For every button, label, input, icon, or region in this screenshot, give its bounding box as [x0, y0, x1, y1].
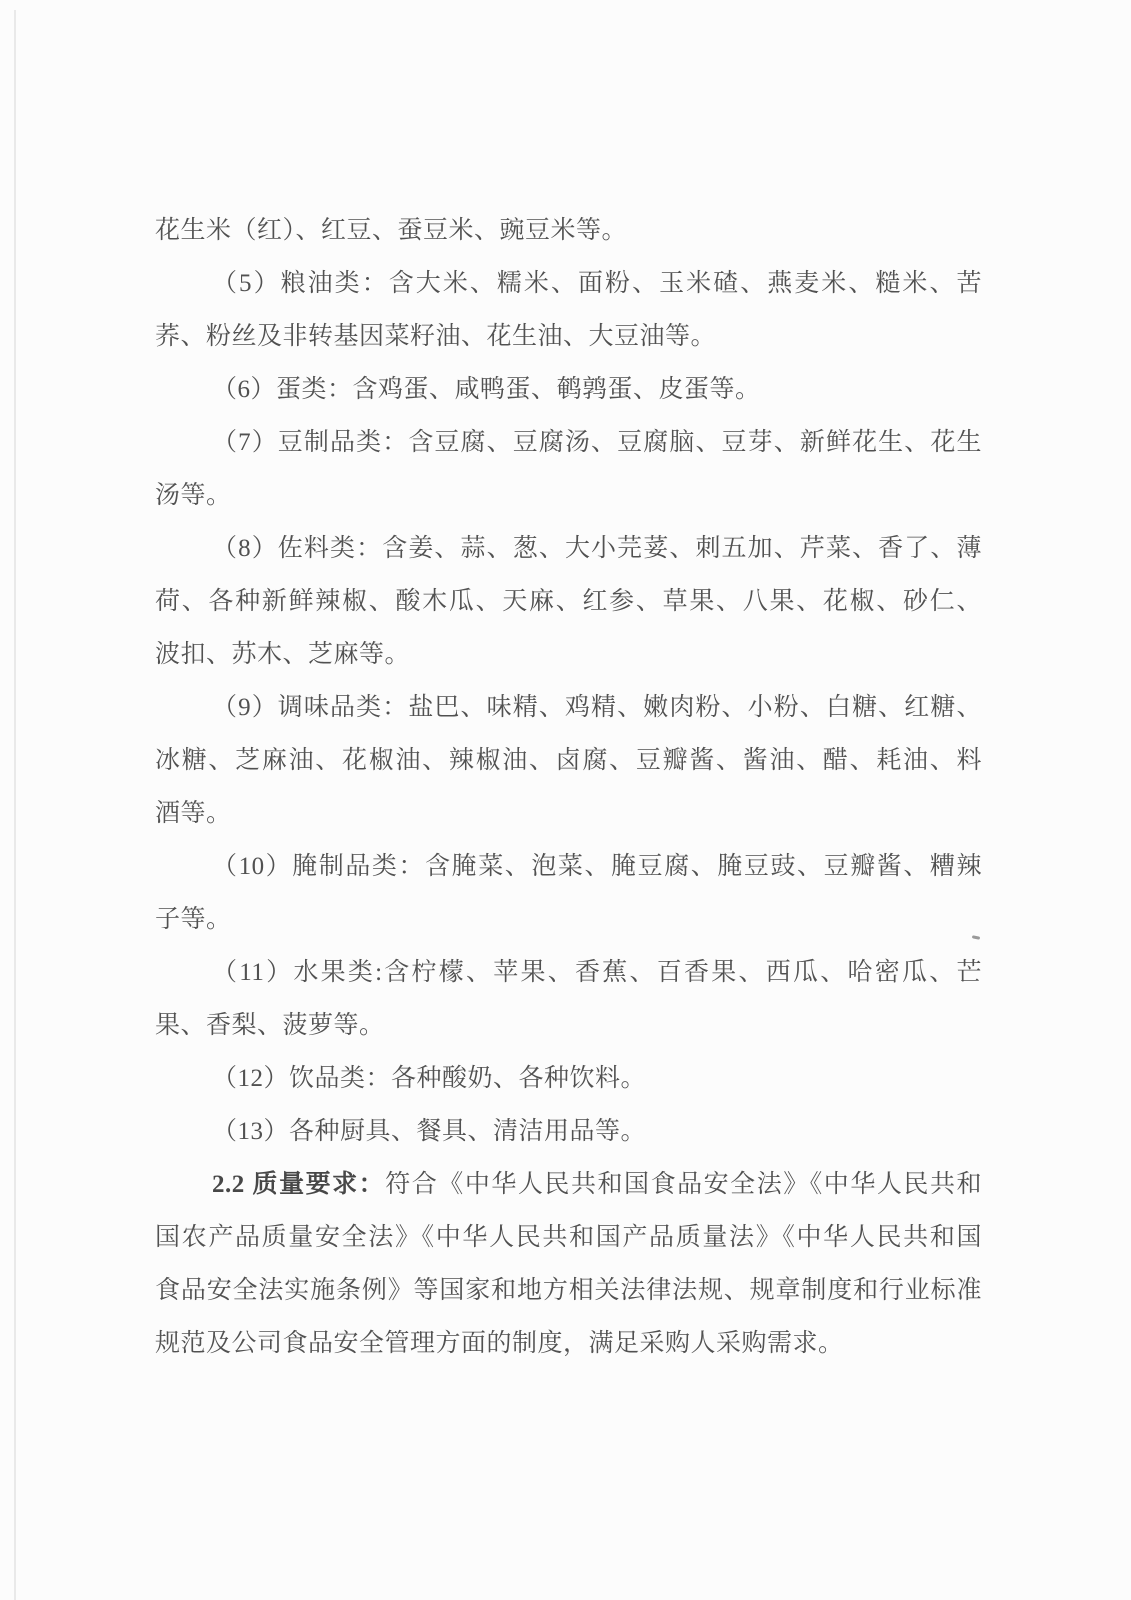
text-line: 2.2 质量要求：符合《中华人民共和国食品安全法》《中华人民共和	[155, 1158, 982, 1211]
text-line: 冰糖、芝麻油、花椒油、辣椒油、卤腐、豆瓣酱、酱油、醋、耗油、料	[155, 734, 982, 787]
text-segment: 规范及公司食品安全管理方面的制度，满足采购人采购需求。	[155, 1330, 844, 1357]
text-segment: 果、香梨、菠萝等。	[155, 1012, 385, 1039]
text-line: （10）腌制品类：含腌菜、泡菜、腌豆腐、腌豆豉、豆瓣酱、糟辣	[155, 840, 982, 893]
text-line: 酒等。	[155, 787, 982, 840]
text-segment: （7）豆制品类：含豆腐、豆腐汤、豆腐脑、豆芽、新鲜花生、花生	[212, 429, 982, 456]
text-line: （5）粮油类：含大米、糯米、面粉、玉米碴、燕麦米、糙米、苦	[155, 257, 982, 310]
text-segment: 酒等。	[155, 800, 232, 827]
text-line: （13）各种厨具、餐具、清洁用品等。	[155, 1105, 982, 1158]
text-segment: （13）各种厨具、餐具、清洁用品等。	[212, 1118, 646, 1145]
text-segment: 荷、各种新鲜辣椒、酸木瓜、天麻、红参、草果、八果、花椒、砂仁、	[155, 588, 982, 615]
text-line: 食品安全法实施条例》等国家和地方相关法律法规、规章制度和行业标准	[155, 1264, 982, 1317]
document-page: 花生米（红）、红豆、蚕豆米、豌豆米等。（5）粮油类：含大米、糯米、面粉、玉米碴、…	[0, 0, 1131, 1600]
text-segment: （11）水果类:含柠檬、苹果、香蕉、百香果、西瓜、哈密瓜、芒	[212, 959, 982, 986]
text-segment: （8）佐料类：含姜、蒜、葱、大小芫荽、刺五加、芹菜、香了、薄	[212, 535, 982, 562]
text-line: 荷、各种新鲜辣椒、酸木瓜、天麻、红参、草果、八果、花椒、砂仁、	[155, 575, 982, 628]
text-line: 汤等。	[155, 469, 982, 522]
text-line: （6）蛋类：含鸡蛋、咸鸭蛋、鹌鹑蛋、皮蛋等。	[155, 363, 982, 416]
text-segment: 国农产品质量安全法》《中华人民共和国产品质量法》《中华人民共和国	[155, 1224, 982, 1251]
page-fold-line	[14, 10, 16, 1600]
text-line: 荞、粉丝及非转基因菜籽油、花生油、大豆油等。	[155, 310, 982, 363]
text-line: 花生米（红）、红豆、蚕豆米、豌豆米等。	[155, 204, 982, 257]
text-line: 规范及公司食品安全管理方面的制度，满足采购人采购需求。	[155, 1317, 982, 1370]
text-segment: 子等。	[155, 906, 232, 933]
text-line: （8）佐料类：含姜、蒜、葱、大小芫荽、刺五加、芹菜、香了、薄	[155, 522, 982, 575]
text-segment: （12）饮品类：各种酸奶、各种饮料。	[212, 1065, 646, 1092]
text-line: （12）饮品类：各种酸奶、各种饮料。	[155, 1052, 982, 1105]
text-line: 国农产品质量安全法》《中华人民共和国产品质量法》《中华人民共和国	[155, 1211, 982, 1264]
text-segment: 冰糖、芝麻油、花椒油、辣椒油、卤腐、豆瓣酱、酱油、醋、耗油、料	[155, 747, 982, 774]
text-segment: （6）蛋类：含鸡蛋、咸鸭蛋、鹌鹑蛋、皮蛋等。	[212, 376, 761, 403]
text-line: 果、香梨、菠萝等。	[155, 999, 982, 1052]
text-segment: 波扣、苏木、芝麻等。	[155, 641, 410, 668]
text-line: （9）调味品类：盐巴、味精、鸡精、嫩肉粉、小粉、白糖、红糖、	[155, 681, 982, 734]
document-body: 花生米（红）、红豆、蚕豆米、豌豆米等。（5）粮油类：含大米、糯米、面粉、玉米碴、…	[155, 204, 982, 1370]
text-segment: （5）粮油类：含大米、糯米、面粉、玉米碴、燕麦米、糙米、苦	[212, 270, 982, 297]
text-segment: （9）调味品类：盐巴、味精、鸡精、嫩肉粉、小粉、白糖、红糖、	[212, 694, 982, 721]
text-segment: 花生米（红）、红豆、蚕豆米、豌豆米等。	[155, 217, 627, 244]
text-segment-bold: 2.2 质量要求：	[212, 1171, 385, 1198]
text-segment: （10）腌制品类：含腌菜、泡菜、腌豆腐、腌豆豉、豆瓣酱、糟辣	[212, 853, 982, 880]
text-segment: 汤等。	[155, 482, 232, 509]
text-segment: 食品安全法实施条例》等国家和地方相关法律法规、规章制度和行业标准	[155, 1277, 982, 1304]
text-segment: 符合《中华人民共和国食品安全法》《中华人民共和	[385, 1171, 982, 1198]
text-line: 子等。	[155, 893, 982, 946]
text-line: 波扣、苏木、芝麻等。	[155, 628, 982, 681]
text-line: （7）豆制品类：含豆腐、豆腐汤、豆腐脑、豆芽、新鲜花生、花生	[155, 416, 982, 469]
text-line: （11）水果类:含柠檬、苹果、香蕉、百香果、西瓜、哈密瓜、芒	[155, 946, 982, 999]
text-segment: 荞、粉丝及非转基因菜籽油、花生油、大豆油等。	[155, 323, 716, 350]
